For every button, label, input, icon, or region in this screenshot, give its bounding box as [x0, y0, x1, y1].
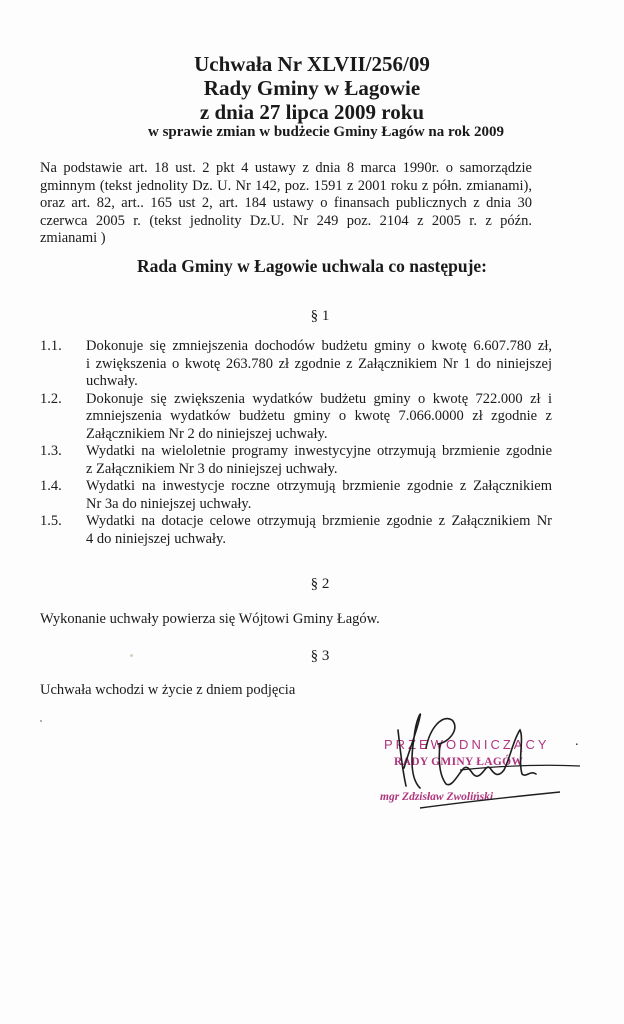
paper-speck — [130, 654, 133, 657]
item-line: i zwiększenia o kwotę 263.780 zł zgodnie… — [86, 356, 552, 374]
resolution-number: Uchwała Nr XLVII/256/09 — [0, 52, 624, 77]
list-item: 1.2. Dokonuje się zwiększenia wydatków b… — [40, 391, 552, 444]
list-item: 1.4. Wydatki na inwestycje roczne otrzym… — [40, 478, 552, 513]
list-item: 1.1. Dokonuje się zmniejszenia dochodów … — [40, 338, 552, 391]
section-1-heading: § 1 — [8, 308, 624, 325]
item-number: 1.4. — [40, 478, 86, 513]
preamble-line: oraz art. 82, art.. 165 ust 2, art. 184 … — [40, 195, 532, 213]
item-number: 1.1. — [40, 338, 86, 391]
execution-clause: Wykonanie uchwały powierza się Wójtowi G… — [40, 611, 380, 628]
council-statement: Rada Gminy w Łagowie uchwala co następuj… — [0, 256, 624, 277]
effective-clause: Uchwała wchodzi w życie z dniem podjęcia — [40, 682, 295, 699]
section-2-heading: § 2 — [8, 576, 624, 593]
item-line: 4 do niniejszej uchwały. — [86, 531, 552, 549]
legal-basis-preamble: Na podstawie art. 18 ust. 2 pkt 4 ustawy… — [40, 160, 532, 248]
list-item: 1.3. Wydatki na wieloletnie programy inw… — [40, 443, 552, 478]
item-line: uchwały. — [86, 373, 552, 391]
item-line: Załącznikiem Nr 2 do niniejszej uchwały. — [86, 426, 552, 444]
resolution-subject: w sprawie zmian w budżecie Gminy Łagów n… — [14, 124, 624, 141]
stamp-council: RADY GMINY ŁAGÓW — [394, 756, 523, 768]
item-number: 1.2. — [40, 391, 86, 444]
item-text: Wydatki na inwestycje roczne otrzymują b… — [86, 478, 552, 513]
item-text: Dokonuje się zmniejszenia dochodów budże… — [86, 338, 552, 391]
list-item: 1.5. Wydatki na dotacje celowe otrzymują… — [40, 513, 552, 548]
stamp-dot: . — [575, 734, 579, 750]
resolution-date: z dnia 27 lipca 2009 roku — [0, 100, 624, 125]
item-line: Nr 3a do niniejszej uchwały. — [86, 496, 552, 514]
paper-speck — [40, 720, 42, 722]
item-text: Wydatki na wieloletnie programy inwestyc… — [86, 443, 552, 478]
stamp-title: PRZEWODNICZĄCY — [384, 737, 550, 752]
item-number: 1.5. — [40, 513, 86, 548]
section-1-items: 1.1. Dokonuje się zmniejszenia dochodów … — [40, 338, 552, 548]
item-line: Wydatki na inwestycje roczne otrzymują b… — [86, 478, 552, 496]
item-line: Dokonuje się zwiększenia wydatków budżet… — [86, 391, 552, 409]
item-text: Dokonuje się zwiększenia wydatków budżet… — [86, 391, 552, 444]
preamble-line: czerwca 2005 r. (tekst jednolity Dz.U. N… — [40, 213, 532, 231]
stamp-signatory-name: mgr Zdzisław Zwoliński — [380, 791, 493, 803]
item-line: Wydatki na dotacje celowe otrzymują brzm… — [86, 513, 552, 531]
item-number: 1.3. — [40, 443, 86, 478]
item-text: Wydatki na dotacje celowe otrzymują brzm… — [86, 513, 552, 548]
council-name: Rady Gminy w Łagowie — [0, 76, 624, 101]
section-3-heading: § 3 — [8, 648, 624, 665]
chairman-stamp: PRZEWODNICZĄCY . RADY GMINY ŁAGÓW mgr Zd… — [380, 716, 600, 826]
item-line: z Załącznikiem Nr 3 do niniejszej uchwał… — [86, 461, 552, 479]
item-line: zmniejszenia wydatków budżetu gminy o kw… — [86, 408, 552, 426]
document-page: Uchwała Nr XLVII/256/09 Rady Gminy w Łag… — [0, 0, 624, 1024]
preamble-line: Na podstawie art. 18 ust. 2 pkt 4 ustawy… — [40, 160, 532, 178]
preamble-line: zmianami ) — [40, 230, 532, 248]
item-line: Dokonuje się zmniejszenia dochodów budże… — [86, 338, 552, 356]
item-line: Wydatki na wieloletnie programy inwestyc… — [86, 443, 552, 461]
preamble-line: gminnym (tekst jednolity Dz. U. Nr 142, … — [40, 178, 532, 196]
